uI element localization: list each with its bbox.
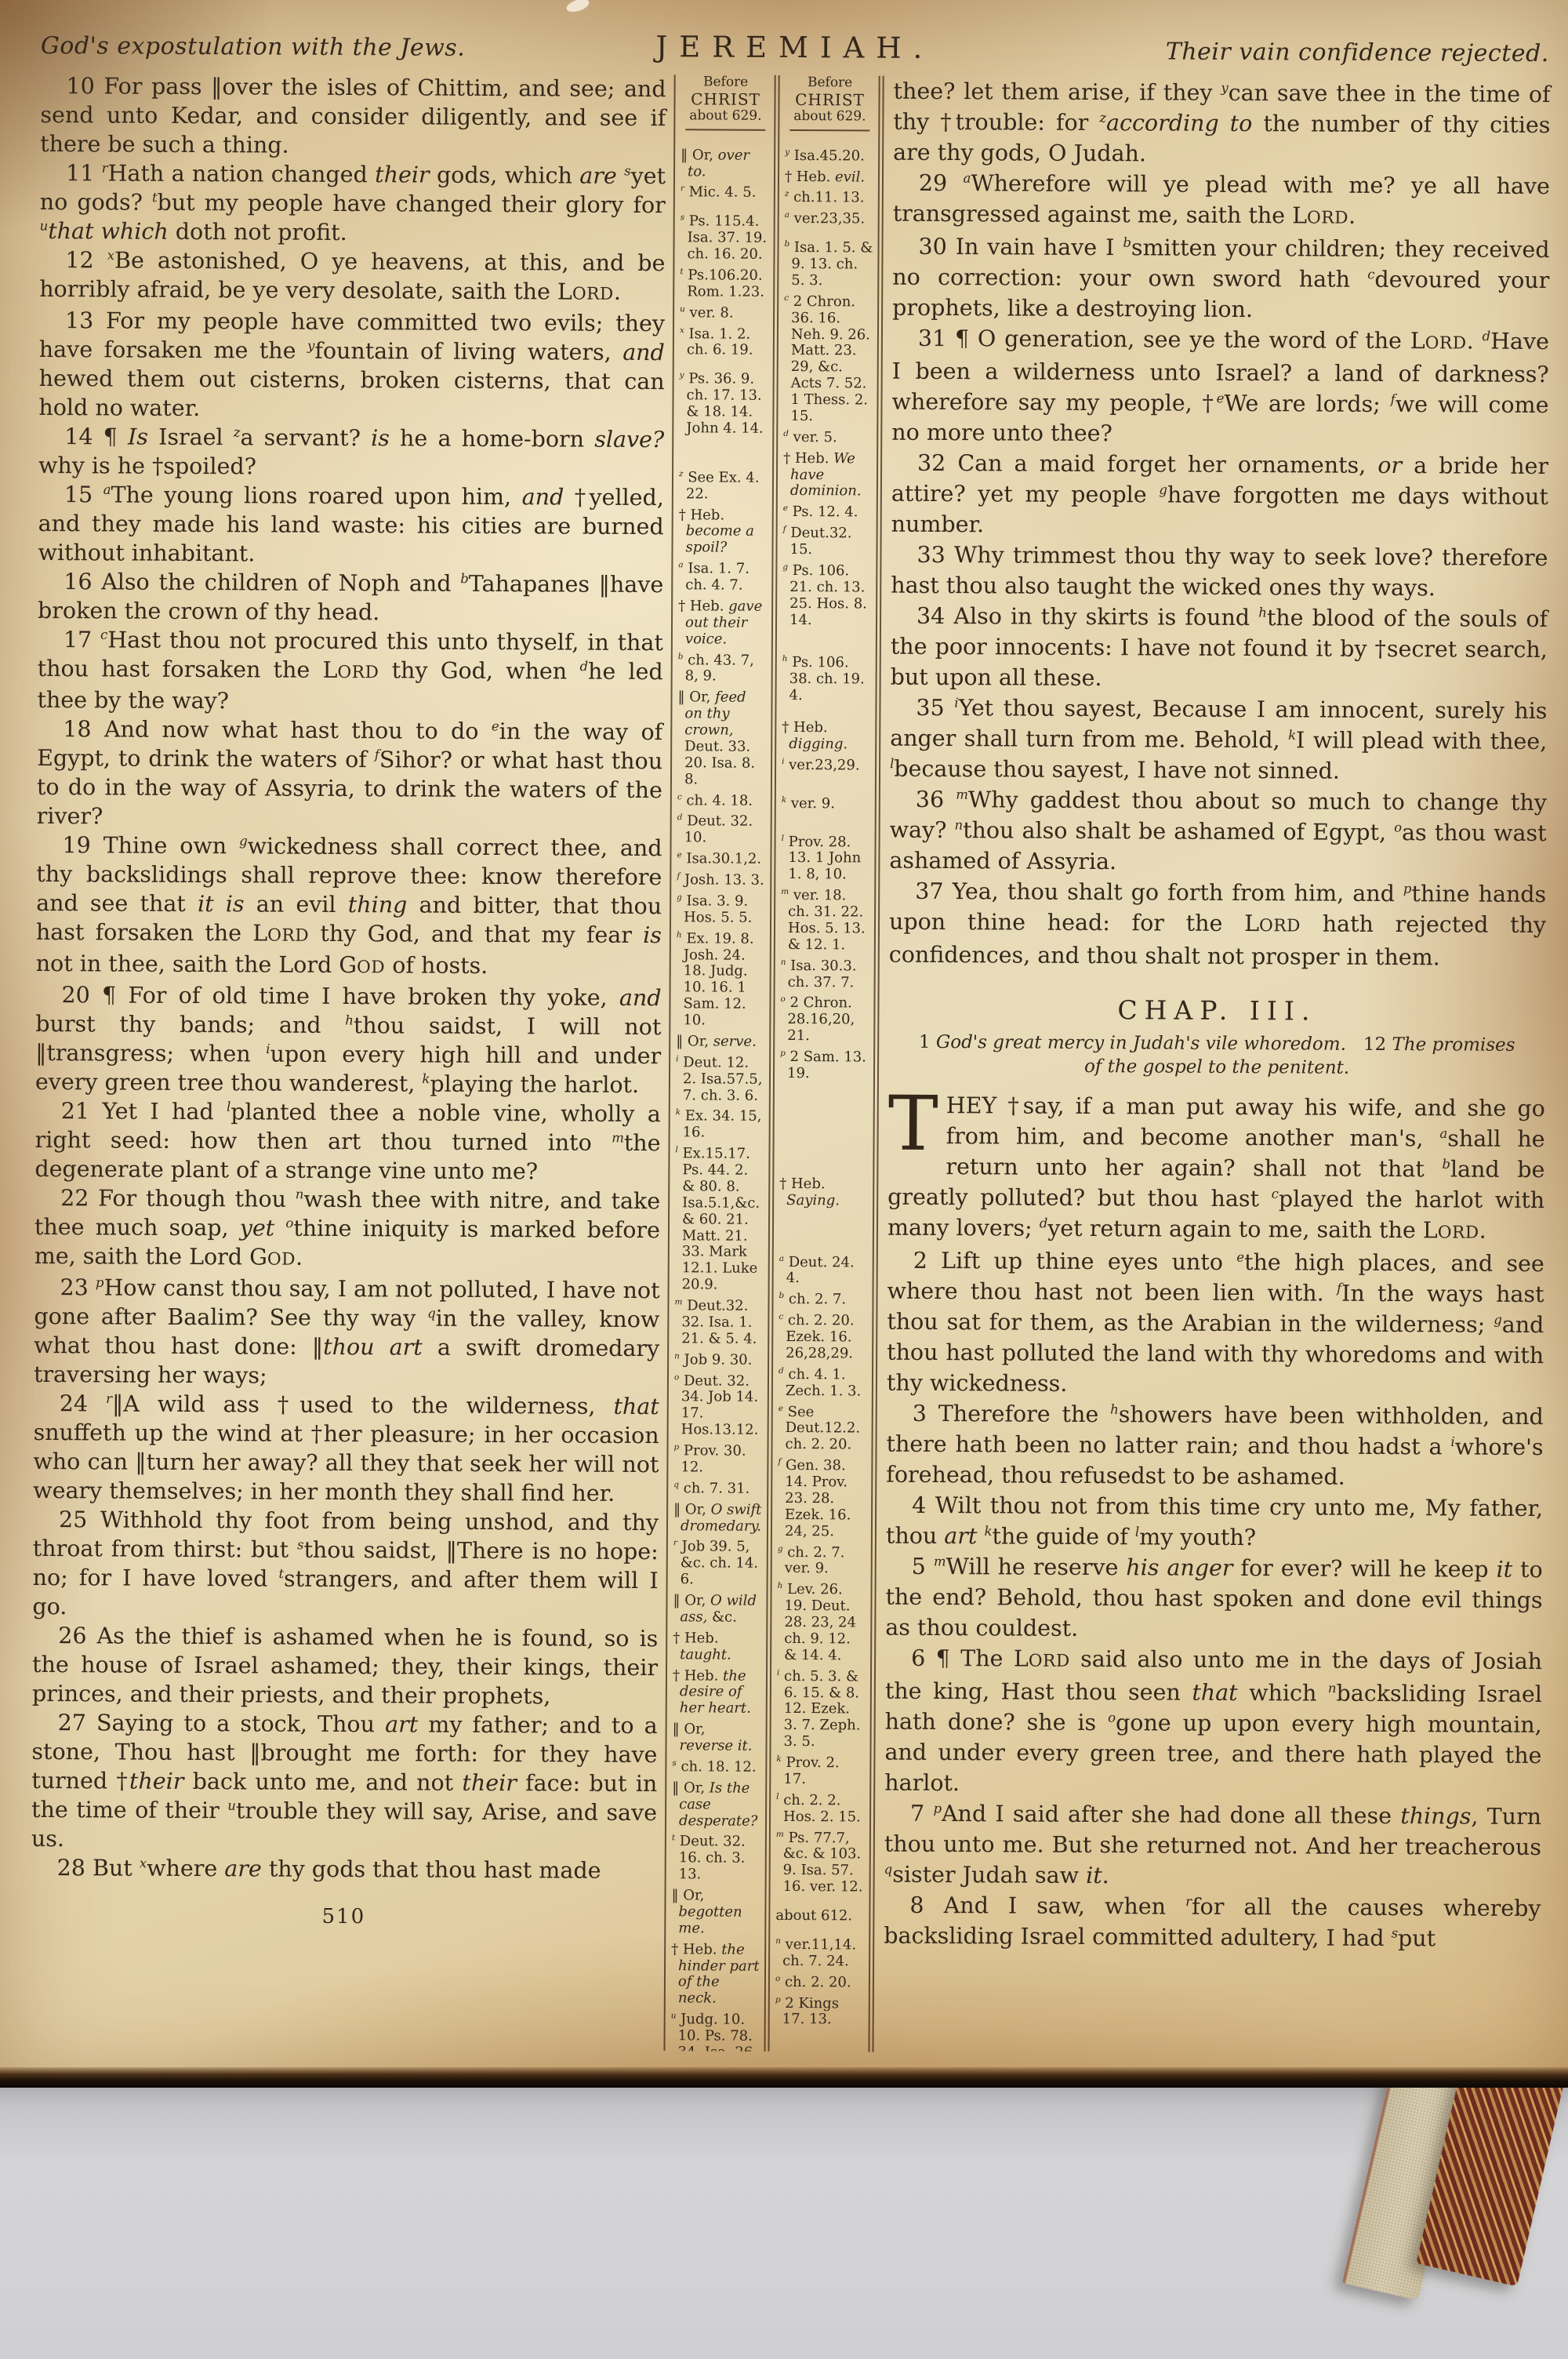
ref-column-2-header: Before CHRIST about 629. xyxy=(785,75,874,131)
drop-cap: T xyxy=(887,1090,946,1153)
cross-reference: s ch. 18. 12. xyxy=(672,1759,761,1776)
ref-column-2: Before CHRIST about 629. y Isa.45.20.† H… xyxy=(764,75,878,2052)
verse-paragraph: 17 cHast thou not procured this unto thy… xyxy=(37,625,663,718)
verse-paragraph: 3 Therefore the hshowers have been withh… xyxy=(886,1398,1544,1493)
cross-reference: n Job 9. 30. xyxy=(674,1352,764,1369)
cross-reference: i ch. 5. 3. & 6. 15. & 8. 12. Ezek. 3. 7… xyxy=(777,1669,867,1751)
cross-reference: ‖ Or, Is the case desperate? xyxy=(672,1780,761,1830)
chapter-heading: CHAP. III. xyxy=(888,994,1545,1027)
cross-reference: d Deut. 32. 10. xyxy=(677,814,767,847)
running-head-right: Their vain confidence rejected. xyxy=(942,37,1554,67)
cross-reference: ‖ Or, over to. xyxy=(681,147,770,180)
cross-reference: b Isa. 1. 5. & 9. 13. ch. 5. 3. xyxy=(784,240,873,289)
cross-reference: m ver. 18. ch. 31. 22. Hos. 5. 13. & 12.… xyxy=(781,888,870,954)
verse-paragraph: 19 Thine own gwickedness shall correct t… xyxy=(36,831,662,983)
verse-paragraph: 8 And I saw, when rfor all the causes wh… xyxy=(884,1890,1541,1954)
cross-reference: h Ps. 106. 38. ch. 19. 4. xyxy=(782,655,871,704)
text-columns: 10 For pass ‖over the isles of Chittim, … xyxy=(31,71,1554,2055)
right-verses-ch3: 2 Lift up thine eyes unto ethe high plac… xyxy=(884,1245,1544,1954)
ref-column-1-header: Before CHRIST about 629. xyxy=(681,75,770,130)
cross-reference: s Ps. 115.4. Isa. 37. 19. ch. 16. 20. xyxy=(680,214,769,264)
cross-reference: i ver.23,29. xyxy=(782,758,871,774)
verse-paragraph: 22 For though thou nwash thee with nitre… xyxy=(34,1183,661,1276)
verse-paragraph: 24 r‖A wild ass †used to the wilderness,… xyxy=(33,1389,659,1508)
cross-reference: d ver. 5. xyxy=(783,430,873,446)
verse-continuation: thee? let them arise, if they ycan save … xyxy=(893,76,1551,171)
cross-reference: k Prov. 2. 17. xyxy=(776,1755,866,1788)
right-verses-ch2: 29 aWherefore will ye plead with me? ye … xyxy=(889,168,1550,973)
verse-paragraph: 10 For pass ‖over the isles of Chittim, … xyxy=(40,71,666,162)
cross-reference: ‖ Or, feed on thy crown, Deut. 33. 20. I… xyxy=(677,690,768,789)
cross-reference: t Deut. 32. 16. ch. 3. 13. xyxy=(672,1834,761,1884)
verse-paragraph-dropcap: THEY †say, if a man put away his wife, a… xyxy=(887,1090,1545,1249)
cross-reference: about 612. xyxy=(775,1908,865,1925)
bible-page: God's expostulation with the Jews. JEREM… xyxy=(0,0,1568,2086)
cross-reference: † Heb. become a spoil? xyxy=(678,507,768,557)
desk-background xyxy=(0,2080,1568,2359)
verse-paragraph: 16 Also the children of Noph and bTahapa… xyxy=(38,567,663,628)
cross-reference: † Heb. the hinder part of the neck. xyxy=(671,1942,760,2008)
ref-list-right: y Isa.45.20.† Heb. evil.z ch.11. 13.a ve… xyxy=(775,148,875,2055)
verse-paragraph: 14 ¶ Is Israel za servant? is he a home-… xyxy=(38,422,664,483)
cross-reference: c ch. 4. 18. xyxy=(677,793,767,809)
cross-reference: z ch.11. 13. xyxy=(785,190,874,206)
cross-reference: ‖ Or, serve. xyxy=(676,1034,765,1050)
cross-reference: † Heb. evil. xyxy=(785,169,874,185)
cross-reference: f Deut.32. 15. xyxy=(782,525,872,558)
ref-header-before: Before xyxy=(786,75,875,91)
cross-reference: † Heb. We have dominion. xyxy=(783,451,873,500)
left-verses: 10 For pass ‖over the isles of Chittim, … xyxy=(31,71,666,1885)
cross-reference: c 2 Chron. 36. 16. Neh. 9. 26. Matt. 23.… xyxy=(783,294,873,426)
cross-reference: z See Ex. 4. 22. xyxy=(679,470,768,503)
cross-reference: l Prov. 28. 13. 1 John 1. 8, 10. xyxy=(781,834,870,883)
cross-reference: h Ex. 19. 8. Josh. 24. 18. Judg. 10. 16.… xyxy=(676,931,766,1030)
verse-paragraph: 11 rHath a nation changed their gods, wh… xyxy=(40,158,666,249)
column-left: 10 For pass ‖over the isles of Chittim, … xyxy=(31,71,674,2051)
verse-paragraph: 29 aWherefore will ye plead with me? ye … xyxy=(893,168,1550,234)
cross-reference: l Ex.15.17. Ps. 44. 2. & 80. 8. Isa.5.1,… xyxy=(675,1146,765,1293)
page-content: God's expostulation with the Jews. JEREM… xyxy=(31,27,1554,2055)
running-head-title: JEREMIAH. xyxy=(648,30,942,65)
cross-reference: f Josh. 13. 3. xyxy=(677,872,766,889)
chapter-summary: 1 God's great mercy in Judah's vile whor… xyxy=(915,1030,1519,1081)
cross-reference: o ch. 2. 20. xyxy=(775,1975,865,1991)
verse-paragraph: 33 Why trimmest thou thy way to seek lov… xyxy=(891,540,1548,604)
verse-paragraph: 12 xBe astonished, O ye heavens, at this… xyxy=(39,245,665,309)
cross-reference: † Heb. digging. xyxy=(782,720,871,753)
cross-reference: p 2 Kings 17. 13. xyxy=(775,1995,865,2028)
verse-paragraph: 15 aThe young lions roared upon him, and… xyxy=(38,480,664,570)
ref-list-left: ‖ Or, over to.r Mic. 4. 5.s Ps. 115.4. I… xyxy=(670,147,770,2055)
cross-reference: a ver.23,35. xyxy=(785,211,874,227)
cross-reference: q Ezek. 16. 46. & 23. 2, 4. xyxy=(775,2053,864,2055)
cross-reference: c ch. 2. 20. Ezek. 16. 26,28,29. xyxy=(779,1313,868,1362)
cross-reference: p Prov. 30. 12. xyxy=(673,1443,763,1476)
ref-header-christ: CHRIST xyxy=(681,90,770,109)
cross-reference: b ch. 2. 7. xyxy=(779,1292,868,1308)
cross-reference: a Isa. 1. 7. ch. 4. 7. xyxy=(678,561,768,594)
verse-paragraph: 27 Saying to a stock, Thou art my father… xyxy=(31,1708,658,1856)
cross-reference: n ver.11,14. ch. 7. 24. xyxy=(775,1937,865,1970)
running-head: God's expostulation with the Jews. JEREM… xyxy=(41,27,1554,68)
cross-reference: e Ps. 12. 4. xyxy=(783,504,873,521)
verse-paragraph: 35 iYet thou sayest, Because I am innoce… xyxy=(890,692,1548,787)
ref-header-rule xyxy=(685,129,766,131)
cross-reference: l ch. 2. 2. Hos. 2. 15. xyxy=(776,1793,866,1826)
ref-column-1: Before CHRIST about 629. ‖ Or, over to.r… xyxy=(663,75,774,2052)
verse-1-text: HEY †say, if a man put away his wife, an… xyxy=(887,1092,1545,1244)
cross-reference: ‖ Or, O wild ass, &c. xyxy=(673,1593,762,1626)
cross-reference: † Heb. taught. xyxy=(673,1630,762,1663)
page-number: 510 xyxy=(31,1901,656,1933)
cross-reference: e See Deut.12.2. ch. 2. 20. xyxy=(778,1404,867,1453)
verse-paragraph: 7 pAnd I said after she had done all the… xyxy=(884,1798,1542,1893)
cross-reference: p 2 Sam. 13. 19. xyxy=(780,1049,869,1082)
verse-paragraph: 34 Also in thy skirts is found hthe bloo… xyxy=(891,601,1548,696)
cross-reference: a Deut. 24. 4. xyxy=(779,1254,869,1287)
verse-paragraph: 30 In vain have I bsmitten your children… xyxy=(892,231,1550,326)
cross-reference: † Heb. gave out their voice. xyxy=(678,598,768,648)
ref-header-before: Before xyxy=(681,75,771,90)
verse-paragraph: 6 ¶ The LORD said also unto me in the da… xyxy=(884,1643,1542,1801)
verse-paragraph: 13 For my people have committed two evil… xyxy=(38,306,665,425)
cross-reference: g Isa. 3. 9. Hos. 5. 5. xyxy=(677,893,766,926)
cross-reference: b ch. 43. 7, 8, 9. xyxy=(678,652,768,685)
page-bottom-edge xyxy=(0,2067,1568,2088)
verse-paragraph: 37 Yea, thou shalt go forth from him, an… xyxy=(889,876,1547,973)
verse-paragraph: 18 And now what hast thou to do ein the … xyxy=(37,714,663,834)
cross-reference: h Lev. 26. 19. Deut. 28. 23, 24 ch. 9. 1… xyxy=(777,1582,867,1664)
cross-reference: n Isa. 30.3. ch. 37. 7. xyxy=(781,958,870,991)
cross-reference: i Deut. 12. 2. Isa.57.5, 7. ch. 3. 6. xyxy=(676,1055,765,1104)
paper-speck xyxy=(565,0,591,14)
cross-reference: r Mic. 4. 5. xyxy=(681,185,770,202)
cross-reference: g Ps. 106. 21. ch. 13. 25. Hos. 8. 14. xyxy=(782,563,872,629)
cross-reference: t Ps.106.20. Rom. 1.23. xyxy=(680,267,769,300)
cross-reference: o Deut. 32. 34. Job 14. 17. Hos.13.12. xyxy=(674,1373,764,1439)
cross-reference: q ch. 7. 31. xyxy=(673,1481,763,1497)
cross-reference: y Ps. 36. 9. ch. 17. 13. & 18. 14. John … xyxy=(679,372,768,438)
cross-reference: x Isa. 1. 2. ch. 6. 19. xyxy=(680,326,769,359)
cross-reference: ‖ Or, reverse it. xyxy=(672,1721,761,1754)
cross-reference: m Deut.32. 32. Isa. 1. 21. & 5. 4. xyxy=(674,1298,764,1347)
verse-paragraph: 21 Yet I had lplanted thee a noble vine,… xyxy=(34,1096,661,1187)
cross-reference: g ch. 2. 7. ver. 9. xyxy=(778,1544,867,1577)
verse-paragraph: 5 mWill he reserve his anger for ever? w… xyxy=(885,1551,1543,1646)
verse-paragraph: 25 Withhold thy foot from being unshod, … xyxy=(32,1505,659,1624)
ref-header-year: about 629. xyxy=(681,108,770,124)
verse-paragraph: 31 ¶ O generation, see ye the word of th… xyxy=(891,323,1549,451)
ref-header-rule xyxy=(789,129,870,132)
cross-reference: m Ps. 77.7, &c. & 103. 9. Isa. 57. 16. v… xyxy=(776,1830,866,1896)
verse-paragraph: 4 Wilt thou not from this time cry unto … xyxy=(886,1490,1543,1554)
verse-paragraph: 2 Lift up thine eyes unto ethe high plac… xyxy=(887,1245,1544,1401)
cross-reference: † Heb. Saying. xyxy=(779,1176,869,1209)
verse-paragraph: 20 ¶ For of old time I have broken thy y… xyxy=(35,980,662,1100)
verse-paragraph: 28 But xwhere are thy gods that thou has… xyxy=(31,1853,657,1885)
cross-reference: u ver. 8. xyxy=(680,305,769,322)
verse-paragraph: 23 pHow canst thou say, I am not pollute… xyxy=(34,1273,660,1392)
verse-paragraph: 36 mWhy gaddest thou about so much to ch… xyxy=(889,784,1547,879)
cross-reference: r Job 39. 5, &c. ch. 14. 6. xyxy=(673,1539,763,1589)
cross-reference: ‖ Or, begotten me. xyxy=(671,1888,760,1937)
column-right: thee? let them arise, if they ycan save … xyxy=(868,76,1553,2055)
running-head-left: God's expostulation with the Jews. xyxy=(41,32,648,63)
cross-reference: u Judg. 10. 10. Ps. 78. 34. Isa. 26. 16. xyxy=(670,2012,760,2055)
cross-reference: † Heb. the desire of her heart. xyxy=(673,1668,762,1717)
cross-reference: ‖ Or, O swift dromedary. xyxy=(673,1502,763,1535)
cross-reference: k ver. 9. xyxy=(782,796,871,812)
ref-header-christ: CHRIST xyxy=(785,91,874,110)
cross-reference: f Gen. 38. 14. Prov. 23. 28. Ezek. 16. 2… xyxy=(778,1458,868,1540)
cross-reference: k Ex. 34. 15, 16. xyxy=(676,1109,765,1142)
verse-paragraph: 26 As the thief is ashamed when he is fo… xyxy=(32,1621,659,1711)
cross-reference: o 2 Chron. 28.16,20, 21. xyxy=(780,995,869,1045)
ref-header-year: about 629. xyxy=(785,109,874,125)
verse-paragraph: 32 Can a maid forget her ornaments, or a… xyxy=(891,448,1549,543)
cross-reference: d ch. 4. 1. Zech. 1. 3. xyxy=(779,1367,868,1400)
cross-reference: e Isa.30.1,2. xyxy=(677,851,766,867)
cross-reference: y Isa.45.20. xyxy=(785,148,874,165)
